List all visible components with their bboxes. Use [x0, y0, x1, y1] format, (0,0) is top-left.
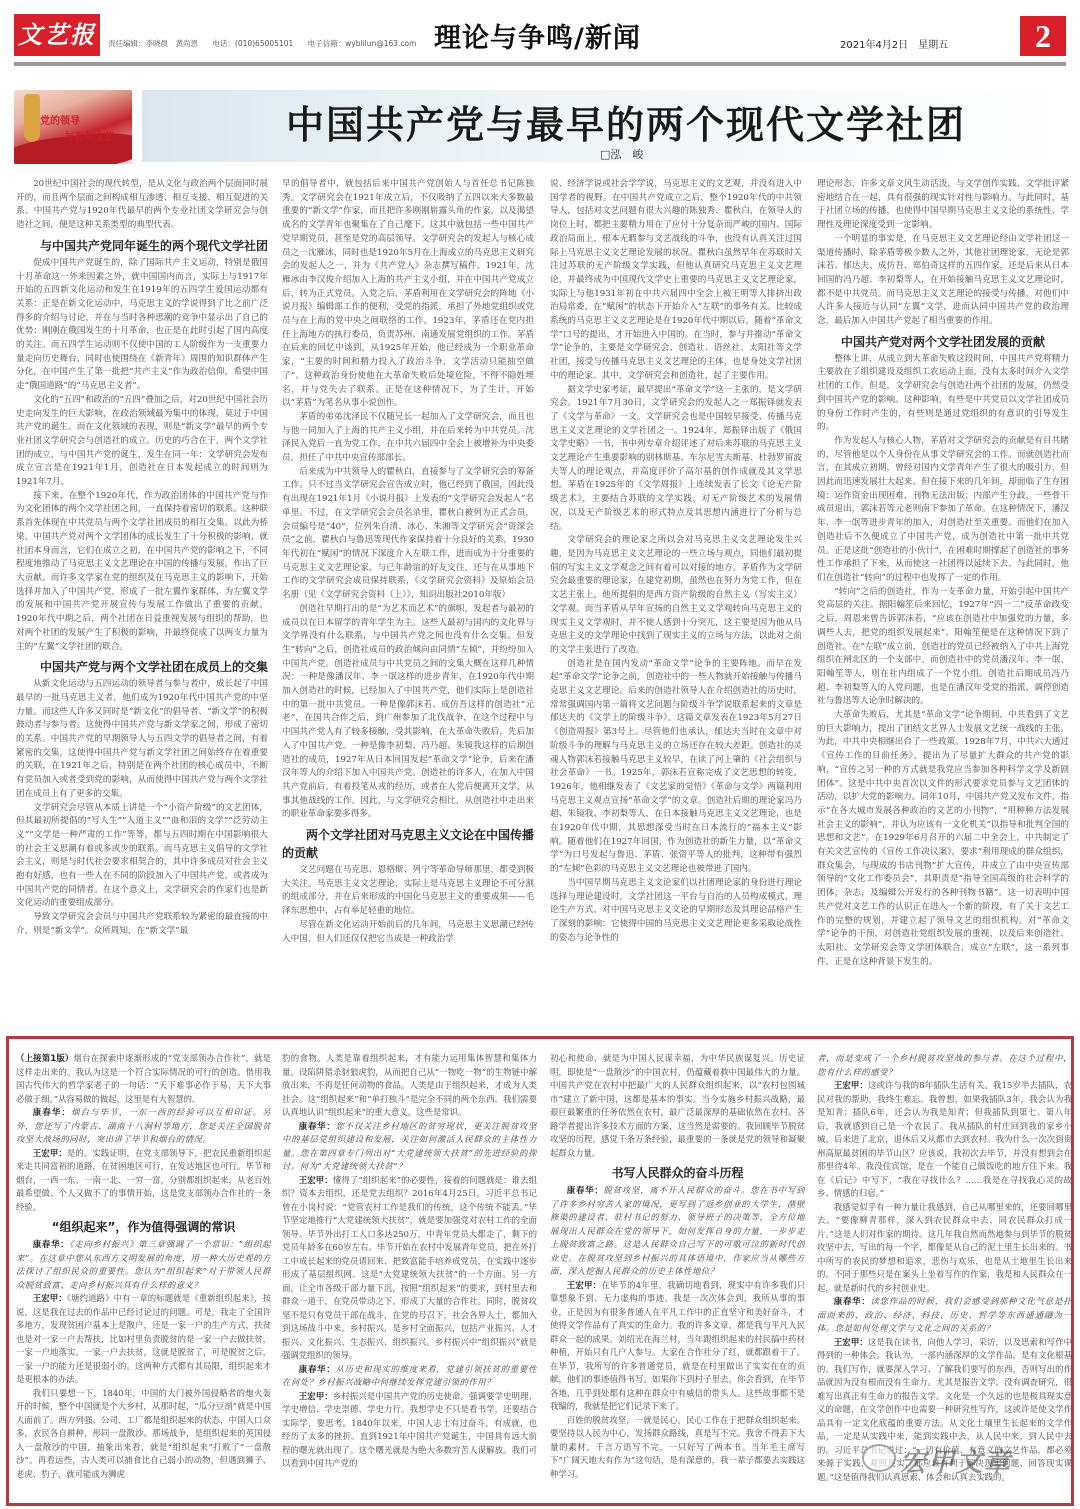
- email: 电子信箱：wyblilun@163.com: [308, 39, 417, 48]
- column-badge: 党的领导 与百年文艺: [14, 90, 132, 164]
- newspaper-logo: 文艺报: [14, 14, 100, 56]
- subheading: 与中国共产党同年诞生的两个现代文学社团: [16, 237, 268, 255]
- speaker-name: 康春华：: [299, 1364, 336, 1374]
- article-column-1: 20世纪中国社会的现代转型，是从文化与政治两个层面同时展开的，而且两个层面之间构…: [16, 178, 268, 1026]
- question: 康春华：脱贫攻坚，离不开人民群众的奋斗。您在书中写到了许多乡村穷苦人家的境况，更…: [550, 1184, 805, 1279]
- paragraph: 豹的食物。人类是靠着组织起来，才有能力运用集体智慧和集体力量，设陷阱猎杀豺狼虎豹…: [282, 1052, 537, 1120]
- continued-marker: （上接第1版）: [16, 1053, 74, 1063]
- masthead-meta: 责任编辑：李晓晨 黄尚恩 电话：(010)65005101 电子信箱：wybli…: [108, 38, 428, 49]
- phone: 电话：(010)65005101: [212, 39, 293, 48]
- question: 康春华：从历史和现实的维度来看，党建引领扶贫的重要性在何处？乡村振兴战略中何继续…: [282, 1363, 537, 1390]
- speaker-name: 康春华：: [567, 1185, 604, 1195]
- wechat-icon: [862, 1444, 896, 1472]
- column-badge-line1: 党的领导: [40, 112, 80, 127]
- speaker-name: 王宏甲：: [834, 1080, 868, 1090]
- paragraph: 大革命失败后，尤其是“革命文学”论争期间，中共看到了文艺的巨大影响力，提出了团结…: [817, 709, 1069, 969]
- question: 康春华：《走向乡村振兴》第三章强调了一个常识：“组织起来”。在这章中您从东西方文…: [16, 1238, 271, 1292]
- masthead-divider: [14, 62, 1066, 66]
- column-badge-line2: 与百年文艺: [64, 128, 114, 143]
- paragraph: 文化的“五四”和政治的“五四”叠加之后，对20世纪中国社会历史走向发生的巨大影响…: [16, 394, 268, 490]
- subheading: “组织起来”，作为值得强调的常识: [16, 1218, 271, 1236]
- speaker-name: 王宏甲：: [33, 1293, 67, 1303]
- paragraph: 20世纪中国社会的现代转型，是从文化与政治两个层面同时展开的，而且两个层面之间构…: [16, 178, 268, 233]
- page-number: 2: [1020, 16, 1066, 56]
- torch-icon: [24, 94, 40, 142]
- paragraph: 我们只要想一下，1840年，中国的大门被外国侵略者的炮火轰开的时候，整个中国就是…: [16, 1387, 271, 1482]
- issue-date: 2021年4月2日 星期五: [840, 36, 948, 51]
- paragraph: 后来成为中共领导人的瞿秋白，直接参与了文学研究会的筹备工作。只不过当文学研究会宣…: [282, 466, 534, 603]
- answer: 王宏甲：是的。实践证明，在党支部领导下，把农民重新组织起来走共同富裕的道路，在贫…: [16, 1147, 271, 1215]
- subheading: 中国共产党对两个文学社团发展的贡献: [817, 333, 1069, 351]
- paragraph: （上接第1版）烟台在探索中逐渐形成的“党支部领办合作社”，就是这样走出来的。我认…: [16, 1052, 271, 1106]
- paragraph: 文艺问题在马克思、恩格斯、列宁等革命导师那里，都受到极大关注。马克思主义文艺理论…: [282, 864, 534, 919]
- article-column-2: 早的倡导者中，就包括后来中国共产党创始人与首任总书记陈独秀。文学研究会在1921…: [282, 178, 534, 1026]
- paragraph: 文学研究会尽管从本质上讲是一个“小资产阶级”的文艺团体，但其最初所提倡的“写人生…: [16, 802, 268, 912]
- speaker-name: 康春华：: [299, 1121, 336, 1131]
- article-column-4: 理论形态，许多文章文风生动活泼，与文学创作实践、文学批评紧密地结合在一起，具有很…: [817, 178, 1069, 1026]
- speaker-name: 王宏甲：: [299, 1175, 333, 1185]
- answer: 王宏甲：在毕节的4年里，我确切地看到，现实中有许多我们只靠想象不到、无力虚构的事…: [550, 1279, 805, 1414]
- paragraph: 导致文学研究会会员与中国共产党联系较为紧密的最直接的中介，则是“新文学”。众所周…: [16, 911, 268, 938]
- paragraph: 我感觉似乎有一种力量让我感到，自己从哪里来的，还要回哪里去。“要像柳青那样，深入…: [817, 1201, 1072, 1296]
- subheading: 两个文学社团对马克思主义文论在中国传播的贡献: [282, 826, 534, 862]
- speaker-name: 王宏甲：: [567, 1280, 602, 1290]
- paragraph: 百姓的脱贫攻坚，一就是民心。民心工作在于把群众组织起来。要坚持以人民为中心，发扬…: [550, 1414, 805, 1482]
- article-column-3: 说、经济学说或社会学学说，马克思主义的文艺观，并没有进入中国学者的视野。在中国共…: [550, 178, 802, 1026]
- interview-column-1: （上接第1版）烟台在探索中逐渐形成的“党支部领办合作社”，就是这样走出来的。我认…: [16, 1052, 271, 1502]
- paragraph: 从新文化运动与五四运动的领导者与参与者中，成长起了中国最早的一批马克思主义者，他…: [16, 678, 268, 801]
- question-tail: 者，而是变成了一个乡村脱贫攻坚战的参与者。在这个过程中，您有什么样的感受？: [817, 1052, 1072, 1079]
- paragraph: 初心和使命，就是为中国人民谋幸福，为中华民族谋复兴。历史证明，即使是“一盘散沙”…: [550, 1052, 805, 1160]
- question: 康春华：烟台与毕节，一东一西的经验可以互相印证。另外，您还写了内蒙古、湖南十八洞…: [16, 1106, 271, 1147]
- paragraph: 理论形态，许多文章文风生动活泼，与文学创作实践、文学批评紧密地结合在一起，具有很…: [817, 178, 1069, 233]
- speaker-name: 康春华：: [834, 1296, 871, 1306]
- section-title: 理论与争鸣/新闻: [434, 16, 641, 55]
- paragraph: 说、经济学说或社会学学说，马克思主义的文艺观，并没有进入中国学者的视野。在中国共…: [550, 178, 802, 384]
- paragraph: 一个明显的事实是，在马克思主义文艺理论经由文学社团这一渠道传播时，除茅盾等极少数…: [817, 233, 1069, 329]
- article-byline: □泓 峻: [600, 146, 643, 162]
- paragraph: 整体上讲，从成立到大革命失败这段时间，中国共产党将精力主要放在了组织建设及组织工…: [817, 353, 1069, 435]
- speaker-name: 康春华：: [33, 1107, 71, 1117]
- paragraph: 接下来，在整个1920年代，作为政治团体的中国共产党与作为文化团体的两个文学社团…: [16, 490, 268, 654]
- paragraph: 促成中国共产党诞生的，除了国际共产主义运动，特别是俄国十月革命这一外来因素之外，…: [16, 257, 268, 394]
- subheading: 书写人民群众的奋斗历程: [550, 1164, 805, 1182]
- paragraph: 文学研究会的理论家之所以会对马克思主义文艺理论发生兴趣，是因为马克思主义文艺理论…: [550, 534, 802, 657]
- paragraph: 茅盾的弟弟沈泽民不仅随兄长一起加入了文学研究会，而且也与他一同加入了上海的共产主…: [282, 411, 534, 466]
- question: 康春华：读您作品的时候，我们会感受到那种文化气息是扑面而来的，政治、经济、科技、…: [817, 1295, 1072, 1336]
- answer: 王宏甲：这或许与我的8年插队生活有关。我15岁半去插队，农民对我的帮助，我终生难…: [817, 1079, 1072, 1201]
- paragraph: 作为发起人与核心人物，茅盾对文学研究会的贡献是有目共睹的，尽管他是以个人身份在从…: [817, 435, 1069, 586]
- interview-column-4: 者，而是变成了一个乡村脱贫攻坚战的参与者。在这个过程中，您有什么样的感受？ 王宏…: [817, 1052, 1072, 1502]
- interview-column-3: 初心和使命，就是为中国人民谋幸福，为中华民族谋复兴。历史证明，即使是“一盘散沙”…: [550, 1052, 805, 1502]
- masthead: 文艺报 责任编辑：李晓晨 黄尚恩 电话：(010)65005101 电子信箱：w…: [14, 14, 1066, 64]
- paragraph: 当中国早期马克思主义文论家们以社团理论家的身份进行理论选择与理论建设时，文学社团…: [550, 877, 802, 946]
- answer: 王宏甲：乡村振兴是中国共产党的历史使命。强调要学史明理、学史增信、学史崇德、学史…: [282, 1390, 537, 1471]
- speaker-name: 王宏甲：: [33, 1148, 67, 1158]
- paragraph: “转向”之后的创造社，作为一支革命力量，开始引起中国共产党高层的关注。据阳翰笙后…: [817, 586, 1069, 709]
- paragraph: 创造社是在国内发动“革命文学”论争的主要阵地。而早在发起“革命文学”论争之前，创…: [550, 658, 802, 877]
- paragraph: 早的倡导者中，就包括后来中国共产党创始人与首任总书记陈独秀。文学研究会在1921…: [282, 178, 534, 411]
- answer: 王宏甲：《塘约道路》中有一章的标题就是《重新组织起来》，按说，这是我在过去的作品…: [16, 1292, 271, 1387]
- article-headline: 中国共产党与最早的两个现代文学社团: [286, 94, 966, 149]
- speaker-name: 王宏甲：: [834, 1337, 868, 1347]
- paragraph: 尽管在新文化运动开始前后的几年间，马克思主义思潮已经传入中国，但人们还仅仅把它当…: [282, 919, 534, 946]
- paragraph: 据文学史家考证，最早提出“革命文学”这一主张的，是文学研究会。1921年7月30…: [550, 384, 802, 535]
- watermark: 宏甲文章: [900, 1442, 1012, 1479]
- answer: 王宏甲：懂得了“组织起来”的必要性，接着的问题就是：谁去组织？资本去组织，还是党…: [282, 1174, 537, 1363]
- speaker-name: 康春华：: [33, 1239, 70, 1249]
- editors: 责任编辑：李晓晨 黄尚恩: [108, 39, 198, 48]
- paragraph: 创造社早期打出的是“为艺术而艺术”的旗帜，发起者与最初的成员以在日本留学的青年学…: [282, 603, 534, 822]
- subheading: 中国共产党与两个文学社团在成员上的交集: [16, 658, 268, 676]
- speaker-name: 王宏甲：: [299, 1391, 333, 1401]
- question: 康春华：您不仅关注乡村地区的贫穷现状，更关注脱贫攻坚中的基层党组织建设和发展，关…: [282, 1120, 537, 1174]
- interview-column-2: 豹的食物。人类是靠着组织起来，才有能力运用集体智慧和集体力量，设陷阱猎杀豺狼虎豹…: [282, 1052, 537, 1502]
